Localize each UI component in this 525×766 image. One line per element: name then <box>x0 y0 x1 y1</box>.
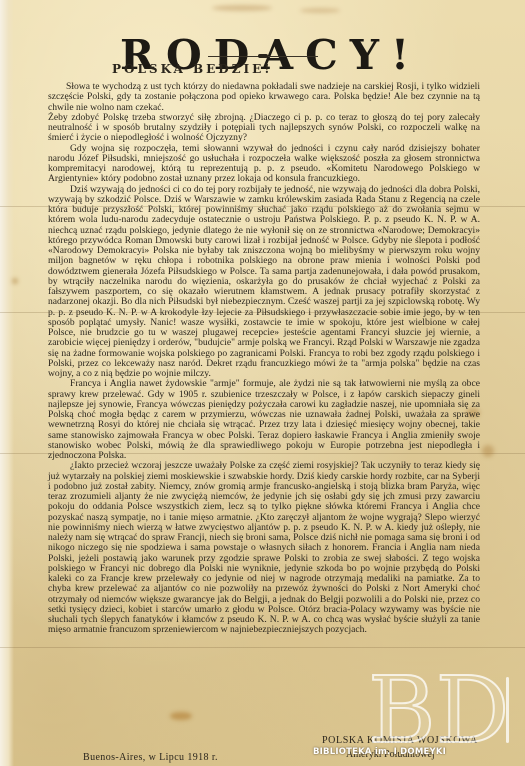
paragraph: Słowa te wychodzą z ust tych którzy do n… <box>48 82 480 113</box>
stain <box>300 8 340 13</box>
stain <box>12 278 18 284</box>
stain <box>170 712 192 720</box>
document-body: Słowa te wychodzą z ust tych którzy do n… <box>48 82 480 636</box>
stain <box>212 5 272 11</box>
fold-line <box>0 647 525 648</box>
paragraph: Dziś wzywają do jedności ci co do tej po… <box>48 185 480 380</box>
paragraph: Francya i Anglia nawet żydowskie "armje"… <box>48 379 480 461</box>
title-ornament-divider <box>208 56 318 57</box>
place-date: Buenos-Aires, w Lipcu 1918 r. <box>83 752 218 763</box>
signature: POLSKA KOMISJA WOJSKOWA <box>322 735 478 746</box>
paragraph: ¿Iakto przecież wczoraj jeszcze uważały … <box>48 461 480 635</box>
document-subtitle: POLSKA BEDZIE! <box>112 62 273 76</box>
paragraph: Żeby zdobyć Polskę trzeba stworzyć siłę … <box>48 113 480 144</box>
signature-subtitle: Ameryki Południowej <box>346 749 435 760</box>
stain <box>482 445 494 457</box>
paragraph: Gdy wojna się rozpoczęła, temi słowanni … <box>48 144 480 185</box>
paper-edge <box>0 0 14 766</box>
